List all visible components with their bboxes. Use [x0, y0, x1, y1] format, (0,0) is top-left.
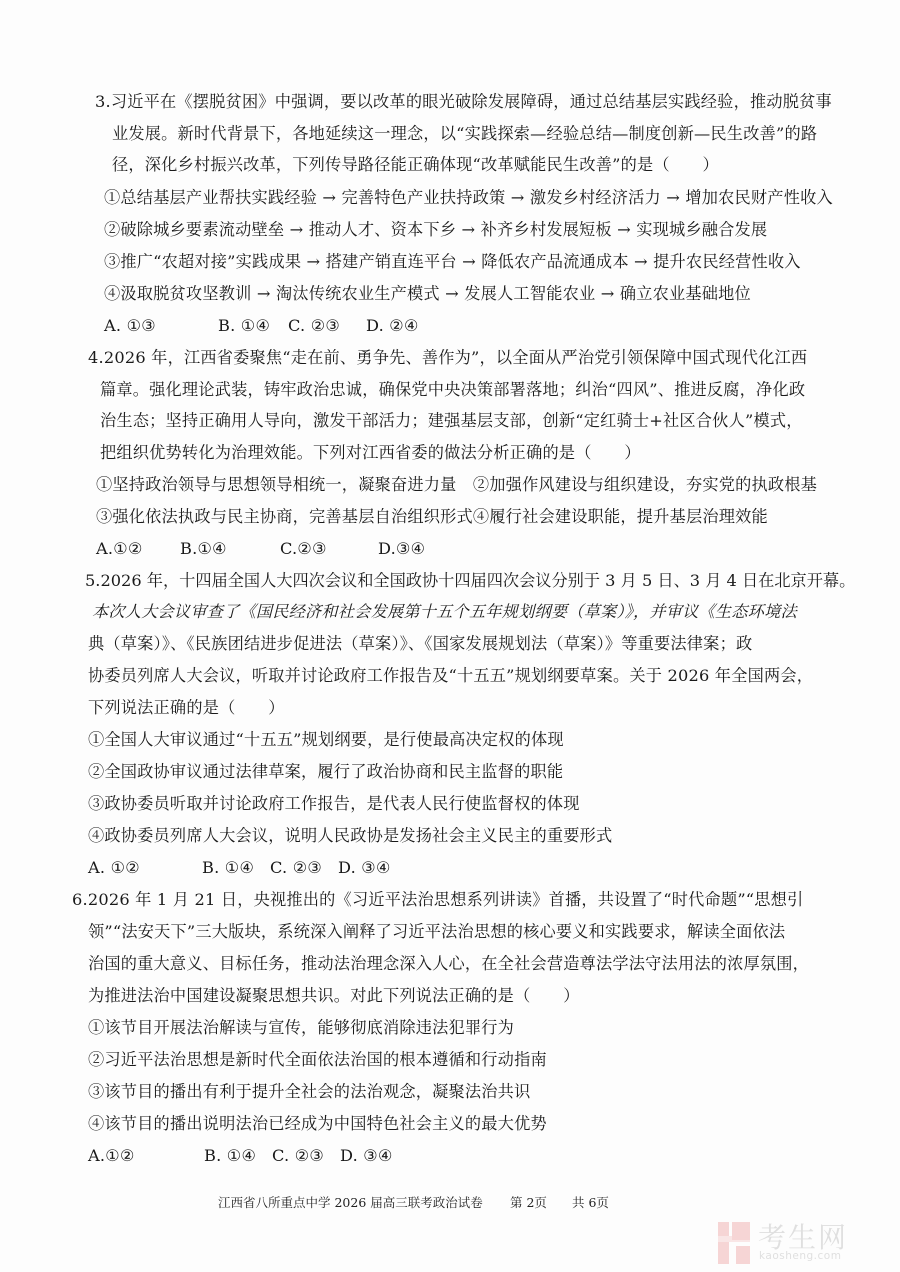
question-4-stem-line-3: 治生态；坚持正确用人导向，激发干部活力；建强基层支部，创新“定红骑士+社区合伙人…	[100, 411, 803, 431]
question-6-options: A.①②B. ①④C. ②③D. ③④	[88, 1146, 393, 1166]
total-pages: 共 6页	[572, 1193, 609, 1211]
option-a[interactable]: A. ①③	[104, 316, 218, 336]
option-a[interactable]: A.①②	[96, 539, 180, 559]
option-c[interactable]: C. ②③	[288, 316, 366, 336]
question-6-statement-1: ①该节目开展法治解读与宣传，能够彻底消除违法犯罪行为	[88, 1018, 514, 1038]
option-b[interactable]: B. ①④	[218, 316, 288, 336]
question-4-statement-3-4: ③强化依法执政与民主协商，完善基层自治组织形式④履行社会建设职能，提升基层治理效…	[96, 507, 768, 527]
question-5-stem-line-1: 5.2026 年，十四届全国人大四次会议和全国政协十四届四次会议分别于 3 月 …	[85, 571, 855, 591]
question-6-statement-3: ③该节目的播出有利于提升全社会的法治观念，凝聚法治共识	[88, 1082, 530, 1102]
question-3-statement-1: ①总结基层产业帮扶实践经验 → 完善特色产业扶持政策 → 激发乡村经济活力 → …	[104, 188, 833, 208]
question-5-statement-3: ③政协委员听取并讨论政府工作报告，是代表人民行使监督权的体现	[88, 794, 580, 814]
question-4-stem-line-4: 把组织优势转化为治理效能。下列对江西省委的做法分析正确的是（ ）	[100, 443, 641, 463]
option-c[interactable]: C. ②③	[272, 1146, 340, 1166]
question-5-statement-4: ④政协委员列席人大会议，说明人民政协是发扬社会主义民主的重要形式	[88, 826, 612, 846]
option-d[interactable]: D. ③④	[338, 858, 391, 878]
question-6-statement-4: ④该节目的播出说明法治已经成为中国特色社会主义的最大优势	[88, 1114, 547, 1134]
question-3-statement-3: ③推广“农超对接”实践成果 → 搭建产销直连平台 → 降低农产品流通成本 → 提…	[104, 252, 801, 272]
question-5-stem-line-2: 本次人大会议审查了《国民经济和社会发展第十五个五年规划纲要（草案）》，并审议《生…	[92, 602, 797, 622]
option-d[interactable]: D. ③④	[340, 1146, 393, 1166]
option-b[interactable]: B.①④	[180, 539, 280, 559]
question-5-statement-2: ②全国政协审议通过法律草案，履行了政治协商和民主监督的职能	[88, 762, 563, 782]
question-3-statement-4: ④汲取脱贫攻坚教训 → 淘汰传统农业生产模式 → 发展人工智能农业 → 确立农业…	[104, 284, 751, 304]
option-c[interactable]: C.②③	[280, 539, 378, 559]
question-5-stem-line-4: 协委员列席人大会议，听取并讨论政府工作报告及“十五五”规划纲要草案。关于 202…	[88, 666, 813, 686]
question-5-stem-line-5: 下列说法正确的是（ ）	[88, 698, 285, 718]
question-6-stem-line-3: 治国的重大意义、目标任务，推动法治理念深入人心，在全社会营造尊法学法守法用法的浓…	[88, 954, 809, 974]
kaosheng-logo-icon	[718, 1222, 750, 1264]
question-3-statement-2: ②破除城乡要素流动壁垒 → 推动人才、资本下乡 → 补齐乡村发展短板 → 实现城…	[104, 220, 767, 240]
question-3-stem-line-2: 业发展。新时代背景下，各地延续这一理念，以“实践探索—经验总结—制度创新—民生改…	[112, 124, 817, 144]
question-4-statement-1-2: ①坚持政治领导与思想领导相统一，凝聚奋进力量 ②加强作风建设与组织建设，夯实党的…	[96, 475, 817, 495]
exam-page: 3.习近平在《摆脱贫困》中强调，要以改革的眼光破除发展障碍，通过总结基层实践经验…	[0, 0, 900, 1272]
question-6-stem-line-2: 领”“法安天下”三大版块，系统深入阐释了习近平法治思想的核心要义和实践要求，解读…	[88, 922, 785, 942]
question-5-stem-line-3: 典（草案）》、《民族团结进步促进法（草案）》、《国家发展规划法（草案）》等重要法…	[88, 634, 752, 654]
option-d[interactable]: D. ②④	[366, 316, 419, 336]
question-6-stem-line-1: 6.2026 年 1 月 21 日，央视推出的《习近平法治思想系列讲读》首播，共…	[72, 890, 803, 910]
question-3-stem-line-3: 径，深化乡村振兴改革，下列传导路径能正确体现“改革赋能民生改善”的是（ ）	[112, 155, 719, 175]
question-3-options: A. ①③B. ①④C. ②③D. ②④	[104, 316, 419, 336]
kaosheng-watermark: 考生网 kaosheng.com	[718, 1220, 888, 1268]
option-a[interactable]: A.①②	[88, 1146, 204, 1166]
option-a[interactable]: A. ①②	[88, 858, 202, 878]
option-b[interactable]: B. ①④	[202, 858, 270, 878]
watermark-domain: kaosheng.com	[759, 1250, 841, 1262]
question-4-stem-line-1: 4.2026 年，江西省委聚焦“走在前、勇争先、善作为”，以全面从严治党引领保障…	[88, 348, 807, 368]
question-4-options: A.①②B.①④C.②③D.③④	[96, 539, 425, 559]
question-3-stem-line-1: 3.习近平在《摆脱贫困》中强调，要以改革的眼光破除发展障碍，通过总结基层实践经验…	[95, 92, 832, 112]
page-number: 第 2页	[510, 1193, 572, 1211]
exam-title: 江西省八所重点中学 2026 届高三联考政治试卷	[218, 1193, 510, 1211]
question-6-statement-2: ②习近平法治思想是新时代全面依法治国的根本遵循和行动指南	[88, 1050, 547, 1070]
question-6-stem-line-4: 为推进法治中国建设凝聚思想共识。对此下列说法正确的是（ ）	[88, 986, 580, 1006]
option-d[interactable]: D.③④	[378, 539, 425, 559]
option-c[interactable]: C. ②③	[270, 858, 338, 878]
question-4-stem-line-2: 篇章。强化理论武装，铸牢政治忠诚，确保党中央决策部署落地；纠治“四风”、推进反腐…	[100, 380, 805, 400]
option-b[interactable]: B. ①④	[204, 1146, 272, 1166]
question-5-options: A. ①②B. ①④C. ②③D. ③④	[88, 858, 391, 878]
question-5-statement-1: ①全国人大审议通过“十五五”规划纲要，是行使最高决定权的体现	[88, 730, 564, 750]
page-footer: 江西省八所重点中学 2026 届高三联考政治试卷第 2页共 6页	[218, 1193, 609, 1211]
